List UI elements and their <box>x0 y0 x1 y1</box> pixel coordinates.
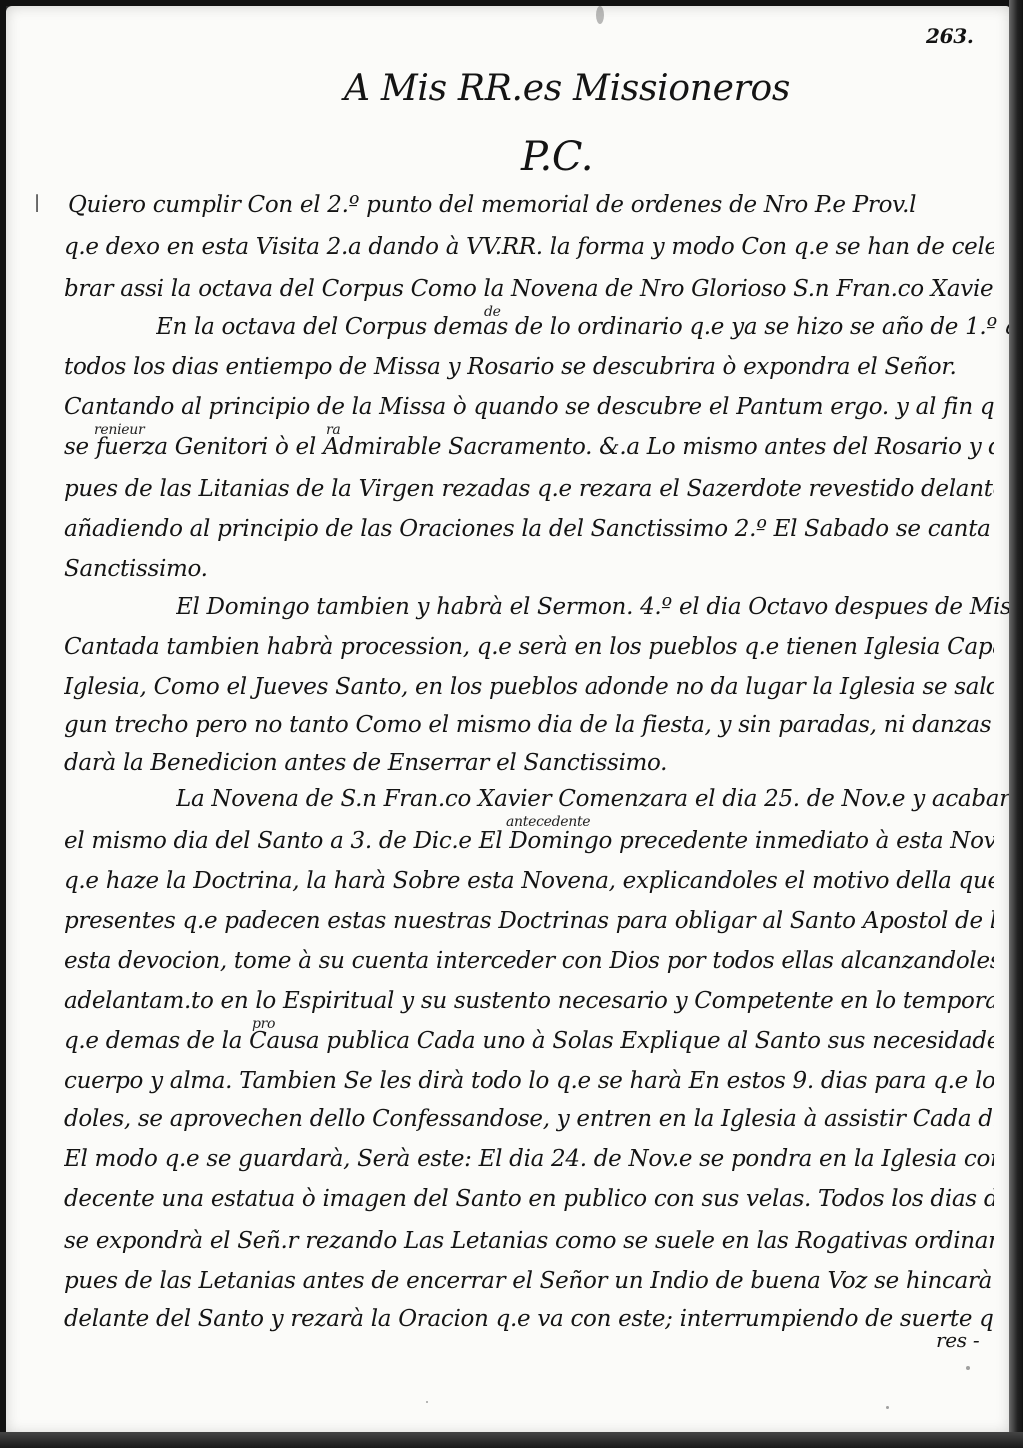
page-number: 263. <box>926 24 974 48</box>
text-line: decente una estatua ò imagen del Santo e… <box>64 1186 994 1212</box>
text-line: El modo q.e se guardarà, Serà este: El d… <box>64 1146 994 1172</box>
text-line: q.e haze la Doctrina, la harà Sobre esta… <box>64 868 994 894</box>
manuscript-page: 263. A Mis RR.es Missioneros P.C. | Quie… <box>6 6 1010 1434</box>
text-line: El Domingo tambien y habrà el Sermon. 4.… <box>176 594 1023 620</box>
text-line: Sanctissimo. <box>64 556 994 582</box>
margin-mark: | <box>34 192 40 213</box>
paper-speck <box>886 1406 889 1409</box>
text-line: q.e demas de la Causa publica Cada uno à… <box>64 1028 994 1054</box>
text-line: se fuerza Genitori ò el Admirable Sacram… <box>64 434 994 460</box>
text-line: Iglesia, Como el Jueves Santo, en los pu… <box>64 674 994 700</box>
text-line: esta devocion, tome à su cuenta interced… <box>64 948 994 974</box>
text-line: gun trecho pero no tanto Como el mismo d… <box>64 712 994 738</box>
scan-border-bottom <box>0 1432 1023 1448</box>
page-title: A Mis RR.es Missioneros <box>344 68 790 109</box>
text-line: cuerpo y alma. Tambien Se les dirà todo … <box>64 1068 994 1094</box>
scan-border-left <box>0 0 6 1448</box>
paper-blemish <box>596 6 604 24</box>
text-line: brar assi la octava del Corpus Como la N… <box>64 276 994 302</box>
text-line: pues de las Litanias de la Virgen rezada… <box>64 476 994 502</box>
text-line: La Novena de S.n Fran.co Xavier Comenzar… <box>176 786 1023 812</box>
text-line: adelantam.to en lo Espiritual y su suste… <box>64 988 994 1014</box>
text-line: Cantada tambien habrà procession, q.e se… <box>64 634 994 660</box>
paper-speck <box>966 1366 970 1370</box>
text-line: el mismo dia del Santo a 3. de Dic.e El … <box>64 828 994 854</box>
scan-border-top <box>0 0 1023 6</box>
salutation-monogram: P.C. <box>521 134 593 180</box>
scanned-manuscript: 263. A Mis RR.es Missioneros P.C. | Quie… <box>0 0 1023 1448</box>
text-line: se expondrà el Señ.r rezando Las Letania… <box>64 1228 994 1254</box>
text-line: Cantando al principio de la Missa ò quan… <box>64 394 994 420</box>
scan-border-right <box>1009 0 1023 1448</box>
text-line: darà la Benedicion antes de Enserrar el … <box>64 750 994 776</box>
catchword: res - <box>936 1328 979 1352</box>
text-line: delante del Santo y rezarà la Oracion q.… <box>64 1306 994 1332</box>
text-line: En la octava del Corpus demas de lo ordi… <box>156 314 1023 340</box>
text-line: pues de las Letanias antes de encerrar e… <box>64 1268 994 1294</box>
text-line: doles, se aprovechen dello Confessandose… <box>64 1106 994 1132</box>
paper-speck <box>426 1401 428 1403</box>
text-line: q.e dexo en esta Visita 2.a dando à VV.R… <box>64 234 994 260</box>
text-line: añadiendo al principio de las Oraciones … <box>64 516 994 542</box>
text-line: presentes q.e padecen estas nuestras Doc… <box>64 908 994 934</box>
text-line: Quiero cumplir Con el 2.º punto del memo… <box>68 192 998 218</box>
text-line: todos los dias entiempo de Missa y Rosar… <box>64 354 994 380</box>
